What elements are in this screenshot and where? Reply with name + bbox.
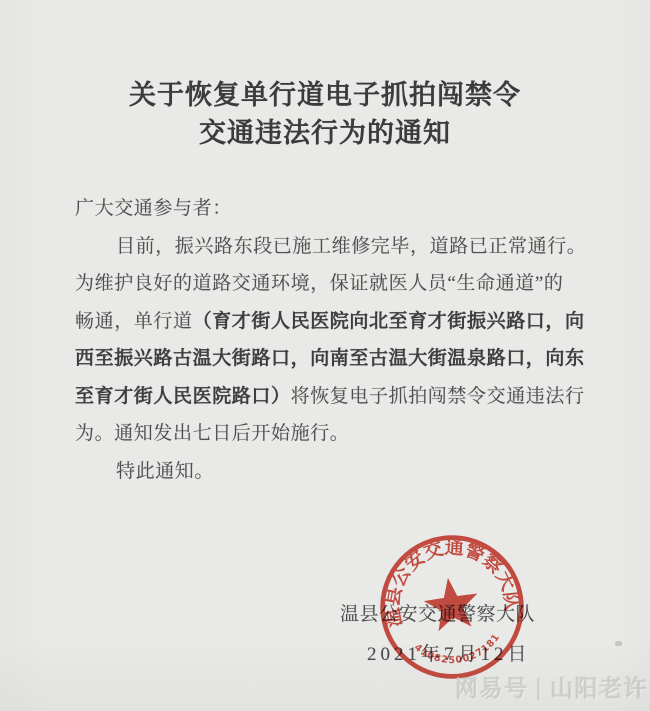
- notice-title-line2: 交通违法行为的通知: [0, 114, 650, 152]
- route-emphasis-text: （育才街人民医院向北至育才街振兴路口，向: [193, 311, 585, 332]
- body-text: 为。通知发出七日后开始施行。: [75, 423, 349, 444]
- official-seal-graphic: 温县公安交通警察大队 4108250027181: [366, 521, 538, 693]
- notice-body-line: 为。通知发出七日后开始施行。: [75, 415, 590, 453]
- route-emphasis-text: 西至振兴路古温大街路口，向南至古温大街温泉路口，向东: [75, 348, 585, 369]
- body-text: 为维护良好的道路交通环境，保证就医人员“生命通道”的: [75, 273, 563, 294]
- watermark-account: 山阳老许: [550, 670, 648, 703]
- notice-title: 关于恢复单行道电子抓拍闯禁令 交通违法行为的通知: [0, 76, 650, 152]
- red-star-icon: [421, 574, 482, 633]
- official-seal: 温县公安交通警察大队 4108250027181: [366, 521, 538, 693]
- body-text: 特此通知。: [116, 461, 214, 482]
- notice-body: 广大交通参与者：目前，振兴路东段已施工维修完毕，道路已正常通行。为维护良好的道路…: [75, 190, 590, 490]
- body-text: 目前，振兴路东段已施工维修完毕，道路已正常通行。: [116, 236, 586, 257]
- watermark-separator: |: [536, 674, 543, 701]
- body-text: 畅通，单行道: [75, 311, 193, 332]
- notice-document-page: 关于恢复单行道电子抓拍闯禁令 交通违法行为的通知 广大交通参与者：目前，振兴路东…: [0, 0, 650, 711]
- platform-watermark: 网易号 | 山阳老许: [455, 670, 648, 703]
- watermark-platform: 网易号: [455, 670, 529, 703]
- notice-body-line: 至育才街人民医院路口）将恢复电子抓拍闯禁令交通违法行: [75, 378, 590, 416]
- notice-body-line: 特此通知。: [75, 453, 590, 491]
- photo-speck: [615, 641, 622, 646]
- notice-title-line1: 关于恢复单行道电子抓拍闯禁令: [0, 76, 650, 114]
- body-text: 将恢复电子抓拍闯禁令交通违法行: [291, 386, 585, 407]
- body-text: 广大交通参与者：: [75, 198, 232, 219]
- notice-body-line: 西至振兴路古温大街路口，向南至古温大街温泉路口，向东: [75, 340, 590, 378]
- notice-body-line: 为维护良好的道路交通环境，保证就医人员“生命通道”的: [75, 265, 590, 303]
- notice-body-line: 畅通，单行道（育才街人民医院向北至育才街振兴路口，向: [75, 303, 590, 341]
- notice-body-line: 广大交通参与者：: [75, 190, 590, 228]
- route-emphasis-text: 至育才街人民医院路口）: [75, 386, 291, 407]
- notice-body-line: 目前，振兴路东段已施工维修完毕，道路已正常通行。: [75, 228, 590, 266]
